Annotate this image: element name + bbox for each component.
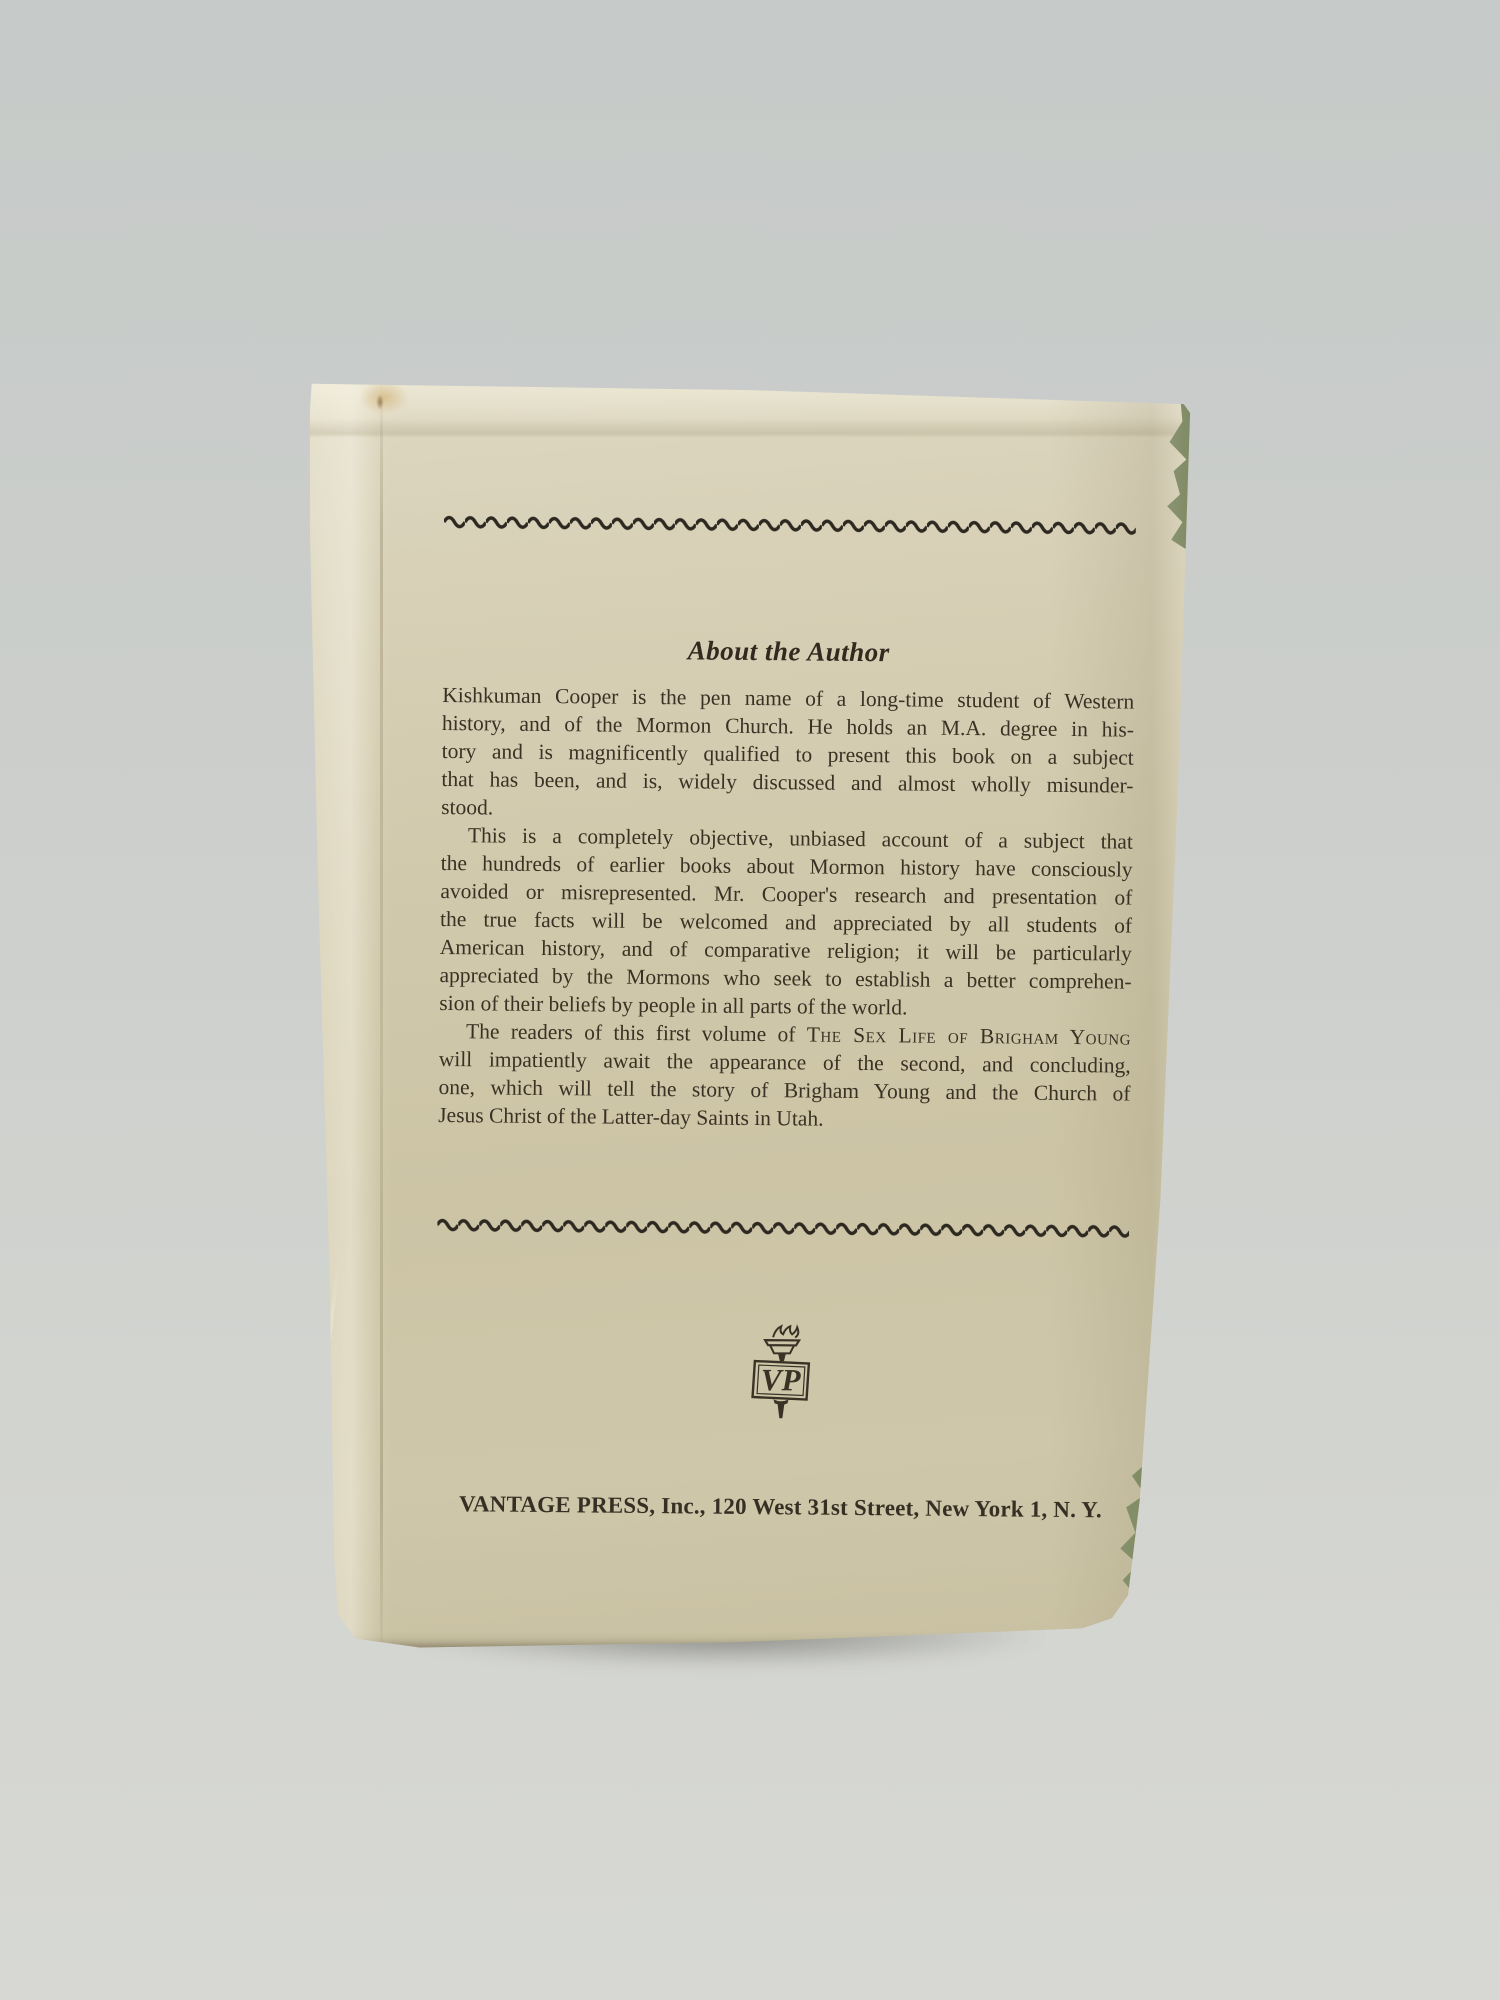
about-the-author-heading: About the Author [443, 633, 1135, 671]
logo-monogram: VP [761, 1362, 802, 1397]
publisher-imprint-line: VANTAGE PRESS, Inc., 120 West 31st Stree… [434, 1491, 1126, 1524]
decorative-rule-bottom [437, 1218, 1129, 1239]
corner-wear [348, 376, 420, 424]
text-segment: The readers of this first volume of [466, 1019, 807, 1046]
photo-backdrop: About the Author Kishkuman Cooper is the… [0, 0, 1500, 2000]
corner-wear-speck [376, 394, 384, 410]
spine-crease-line [380, 380, 383, 1650]
vantage-press-logo: VP [435, 1321, 1128, 1424]
book-title-small-caps: The Sex Life of Brigham Young [807, 1023, 1131, 1050]
spine-fold-highlight [300, 380, 392, 1650]
jacket-printed-content: About the Author Kishkuman Cooper is the… [434, 515, 1136, 1562]
decorative-rule-top [444, 515, 1136, 536]
about-the-author-text: Kishkuman Cooper is the pen name of a lo… [438, 681, 1134, 1136]
torch-and-book-emblem-icon: VP [742, 1324, 821, 1421]
book-back-cover: About the Author Kishkuman Cooper is the… [300, 380, 1200, 1650]
